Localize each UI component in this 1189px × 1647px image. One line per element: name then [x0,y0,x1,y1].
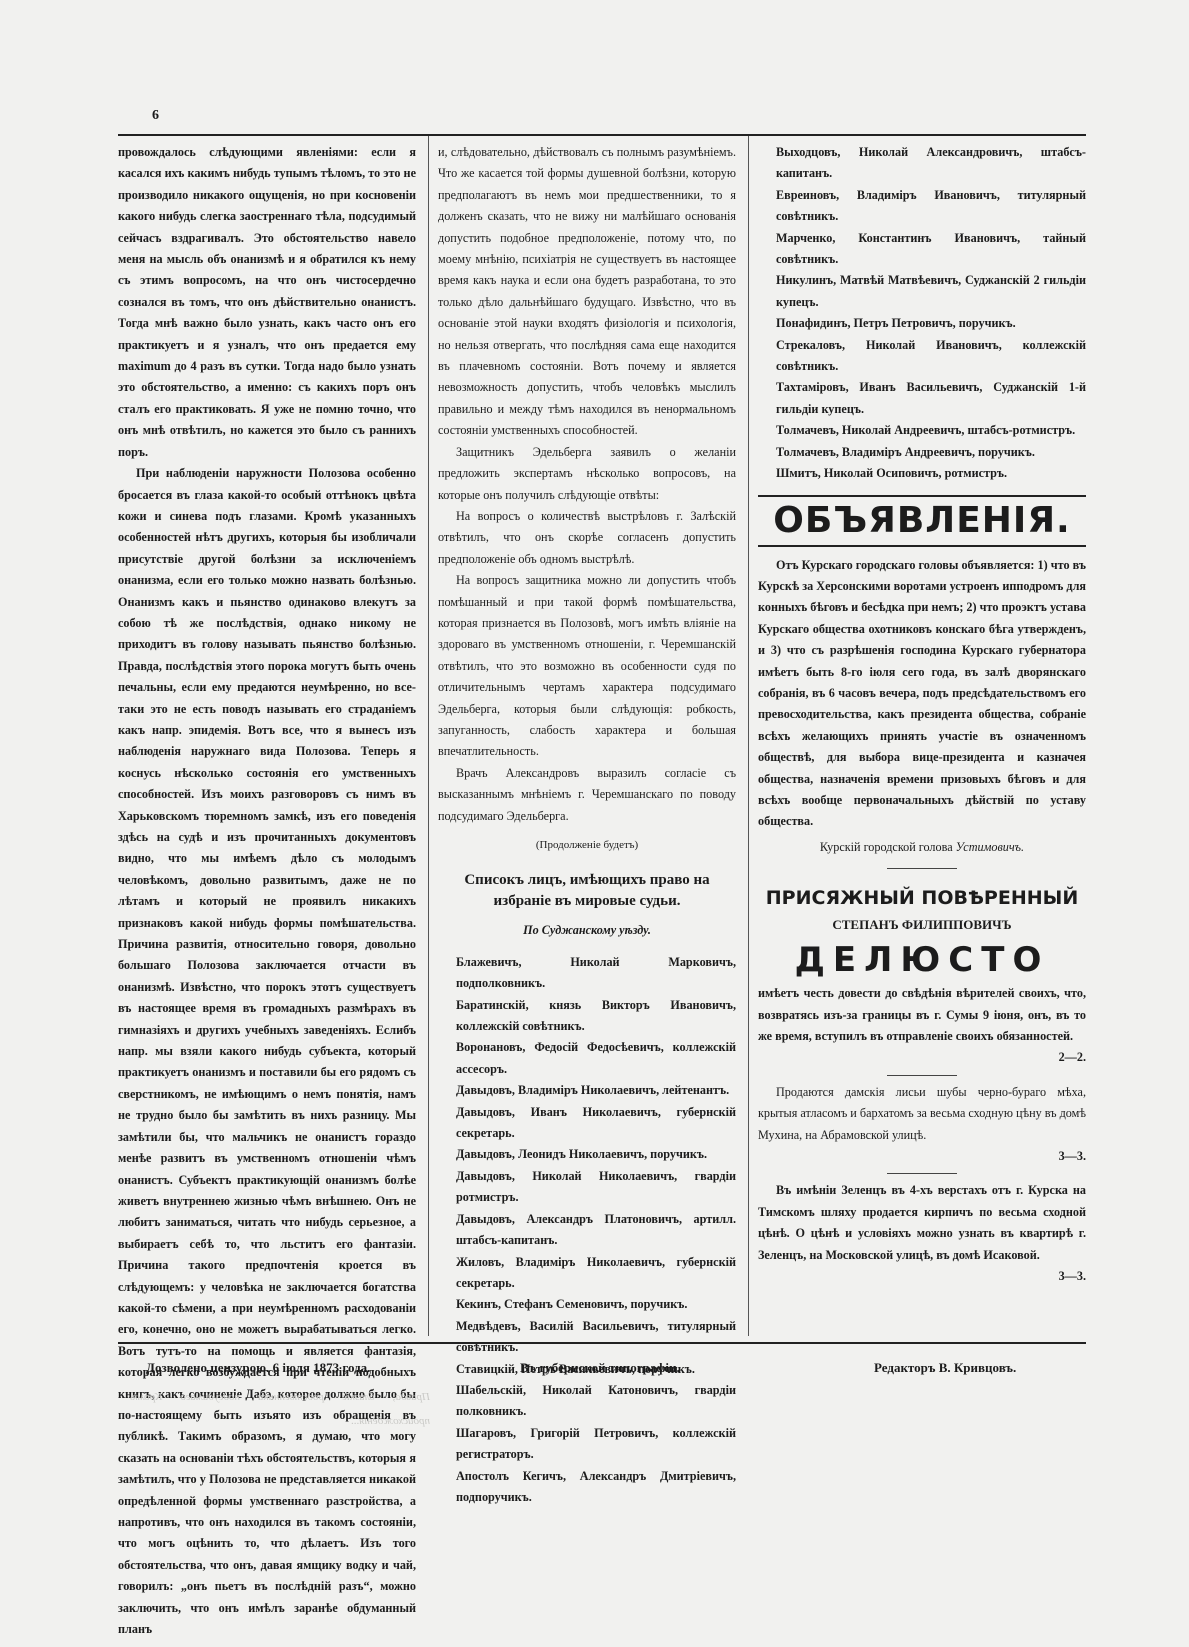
candidate-entry: Марченко, Константинъ Ивановичъ, тайный … [758,228,1086,271]
report-paragraph: Защитникъ Эдельберга заявилъ о желаніи п… [438,442,736,506]
censor-approval: Дозволено цензурою. 6 іюля 1873 года. [146,1360,370,1376]
ad-text: Продаются дамскія лисьи шубы черно-бураг… [758,1082,1086,1146]
candidate-entry: Жиловъ, Владиміръ Николаевичъ, губернскі… [438,1252,736,1295]
candidate-entry: Толмачевъ, Владиміръ Андреевичъ, поручик… [758,442,1086,463]
ad-marker: 2—2. [758,1047,1086,1068]
signature-title: Курскій городской голова [820,840,953,854]
candidate-entry: Выходцовъ, Николай Александровичъ, штабс… [758,142,1086,185]
lawyer-first-names: СТЕПАНЪ ФИЛИППОВИЧЪ [758,913,1086,937]
candidate-entry: Шагаровъ, Григорій Петровичъ, коллежскій… [438,1423,736,1466]
list-title: Списокъ лицъ, имѣющихъ право на избраніе… [438,870,736,912]
column-trial-report: и, слѣдовательно, дѣйствовалъ съ полнымъ… [438,142,736,1508]
candidate-entry: Блажевичъ, Николай Марковичъ, подполковн… [438,952,736,995]
candidate-entry: Никулинъ, Матвѣй Матвѣевичъ, Суджанскій … [758,270,1086,313]
report-paragraph: На вопросъ о количествѣ выстрѣловъ г. За… [438,506,736,570]
ad-separator [887,868,957,869]
printer-imprint: Въ губернской типографіи. [520,1360,680,1376]
candidate-entry: Давыдовъ, Николай Николаевичъ, гвардіи р… [438,1166,736,1209]
column-announcements: Выходцовъ, Николай Александровичъ, штабс… [758,142,1086,1287]
candidate-entry: Медвѣдевъ, Василій Васильевичъ, титулярн… [438,1316,736,1359]
candidate-entry: Шмитъ, Николай Осиповичъ, ротмистръ. [758,463,1086,484]
editor-credit: Редакторъ В. Кривцовъ. [874,1360,1016,1376]
testimony-paragraph: провождалось слѣдующими явленіями: если … [118,142,416,463]
page-number: 6 [152,108,159,124]
ad-marker: 3—3. [758,1266,1086,1287]
justice-candidates-list: Блажевичъ, Николай Марковичъ, подполковн… [438,952,736,1509]
ad-separator [887,1173,957,1174]
ads-heading: ОБЪЯВЛЕНІЯ. [758,495,1086,547]
ad-fur-coats: Продаются дамскія лисьи шубы черно-бураг… [758,1082,1086,1168]
column-divider [748,136,749,1336]
ad-bricks: Въ имѣніи Зеленцъ въ 4-хъ верстахъ отъ г… [758,1180,1086,1287]
candidate-entry: Шабельскій, Николай Катоновичъ, гвардіи … [438,1380,736,1423]
candidate-entry: Евреиновъ, Владиміръ Ивановичъ, титулярн… [758,185,1086,228]
ad-marker: 3—3. [758,1146,1086,1167]
top-rule [118,134,1086,136]
report-paragraph: Врачъ Александровъ выразилъ согласіе съ … [438,763,736,827]
ad-text: Въ имѣніи Зеленцъ въ 4-хъ верстахъ отъ г… [758,1180,1086,1266]
continuation-note: (Продолженіе будетъ) [438,835,736,856]
column-divider [428,136,429,1336]
candidate-entry: Воронановъ, Федосій Федосѣевичъ, коллежс… [438,1037,736,1080]
ad-separator [887,1075,957,1076]
ad-text: Отъ Курскаго городскаго головы объявляет… [758,555,1086,833]
candidate-entry: Апостолъ Кегичъ, Александръ Дмитріевичъ,… [438,1466,736,1509]
signature-name: Устимовичъ. [956,840,1024,854]
ad-hippodrome: Отъ Курскаго городскаго головы объявляет… [758,555,1086,859]
candidate-entry: Толмачевъ, Николай Андреевичъ, штабсъ-ро… [758,420,1086,441]
lawyer-surname: ДЕЛЮСТО [758,937,1086,983]
bottom-rule [118,1342,1086,1344]
candidate-entry: Кекинъ, Стефанъ Семеновичъ, поручикъ. [438,1294,736,1315]
candidate-entry: Тахтаміровъ, Иванъ Васильевичъ, Суджанск… [758,377,1086,420]
lawyer-title: ПРИСЯЖНЫЙ ПОВѢРЕННЫЙ [758,883,1086,913]
candidate-entry: Баратинскій, князь Викторъ Ивановичъ, ко… [438,995,736,1038]
candidate-entry: Давыдовъ, Иванъ Николаевичъ, губернскій … [438,1102,736,1145]
candidate-entry: Давыдовъ, Владиміръ Николаевичъ, лейтена… [438,1080,736,1101]
candidate-entry: Стрекаловъ, Николай Ивановичъ, коллежскі… [758,335,1086,378]
testimony-paragraph: При наблюденіи наружности Полозова особе… [118,463,416,1640]
ad-text: имѣетъ честь довести до свѣдѣнія вѣрител… [758,983,1086,1047]
ad-lawyer: ПРИСЯЖНЫЙ ПОВѢРЕННЫЙ СТЕПАНЪ ФИЛИППОВИЧЪ… [758,883,1086,1069]
justice-candidates-list-continued: Выходцовъ, Николай Александровичъ, штабс… [758,142,1086,485]
reverse-side-bleed: Правда, близкіе родственники подсудимаго… [130,1385,430,1433]
candidate-entry: Понафидинъ, Петръ Петровичъ, поручикъ. [758,313,1086,334]
candidate-entry: Давыдовъ, Леонидъ Николаевичъ, поручикъ. [438,1144,736,1165]
candidate-entry: Давыдовъ, Александръ Платоновичъ, артилл… [438,1209,736,1252]
report-paragraph: и, слѣдовательно, дѣйствовалъ съ полнымъ… [438,142,736,442]
district-heading: По Суджанскому уѣзду. [438,920,736,941]
ad-signature: Курскій городской голова Устимовичъ. [758,837,1086,858]
report-paragraph: На вопросъ защитника можно ли допустить … [438,570,736,763]
